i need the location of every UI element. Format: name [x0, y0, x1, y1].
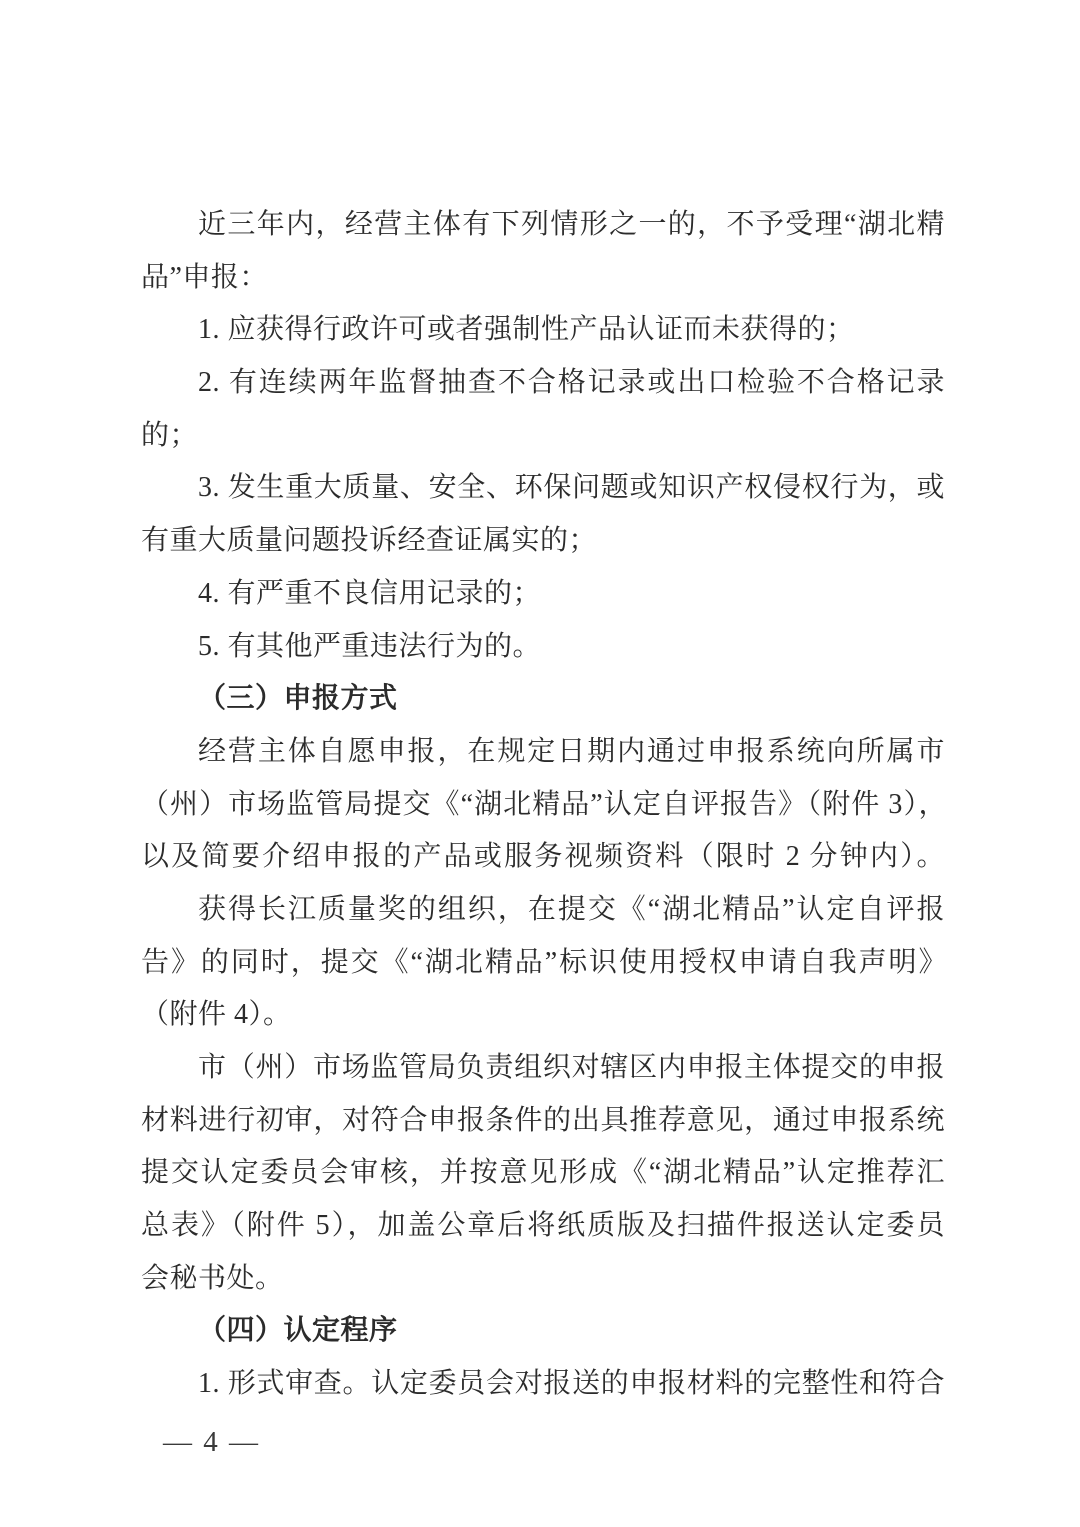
text-line: 4. 有严重不良信用记录的； — [141, 568, 945, 621]
text-line: 品”申报： — [141, 252, 945, 305]
page-number: — 4 — — [163, 1424, 260, 1460]
text-line: 5. 有其他严重违法行为的。 — [141, 621, 945, 674]
text-line: 告》的同时，提交《“湖北精品”标识使用授权申请自我声明》 — [141, 937, 945, 990]
text-line: 近三年内，经营主体有下列情形之一的，不予受理“湖北精 — [141, 199, 945, 252]
text-line: 会秘书处。 — [141, 1253, 945, 1306]
text-line: 总表》（附件 5），加盖公章后将纸质版及扫描件报送认定委员 — [141, 1200, 945, 1253]
text-line: （附件 4）。 — [141, 989, 945, 1042]
text-line: 1. 应获得行政许可或者强制性产品认证而未获得的； — [141, 304, 945, 357]
document-body: 近三年内，经营主体有下列情形之一的，不予受理“湖北精品”申报：1. 应获得行政许… — [141, 199, 945, 1411]
text-line: 经营主体自愿申报，在规定日期内通过申报系统向所属市 — [141, 726, 945, 779]
text-line: 有重大质量问题投诉经查证属实的； — [141, 515, 945, 568]
document-page: 近三年内，经营主体有下列情形之一的，不予受理“湖北精品”申报：1. 应获得行政许… — [0, 0, 1080, 1527]
text-line: 提交认定委员会审核，并按意见形成《“湖北精品”认定推荐汇 — [141, 1147, 945, 1200]
text-line: 3. 发生重大质量、安全、环保问题或知识产权侵权行为，或 — [141, 462, 945, 515]
text-line: 获得长江质量奖的组织，在提交《“湖北精品”认定自评报 — [141, 884, 945, 937]
text-line: 2. 有连续两年监督抽查不合格记录或出口检验不合格记录 — [141, 357, 945, 410]
section-heading: （三）申报方式 — [141, 673, 945, 726]
text-line: （州）市场监管局提交《“湖北精品”认定自评报告》（附件 3）， — [141, 779, 945, 832]
text-line: 1. 形式审查。认定委员会对报送的申报材料的完整性和符合 — [141, 1358, 945, 1411]
text-line: 以及简要介绍申报的产品或服务视频资料（限时 2 分钟内）。 — [141, 831, 945, 884]
text-line: 市（州）市场监管局负责组织对辖区内申报主体提交的申报 — [141, 1042, 945, 1095]
section-heading: （四）认定程序 — [141, 1305, 945, 1358]
text-line: 材料进行初审，对符合申报条件的出具推荐意见，通过申报系统 — [141, 1095, 945, 1148]
text-line: 的； — [141, 410, 945, 463]
